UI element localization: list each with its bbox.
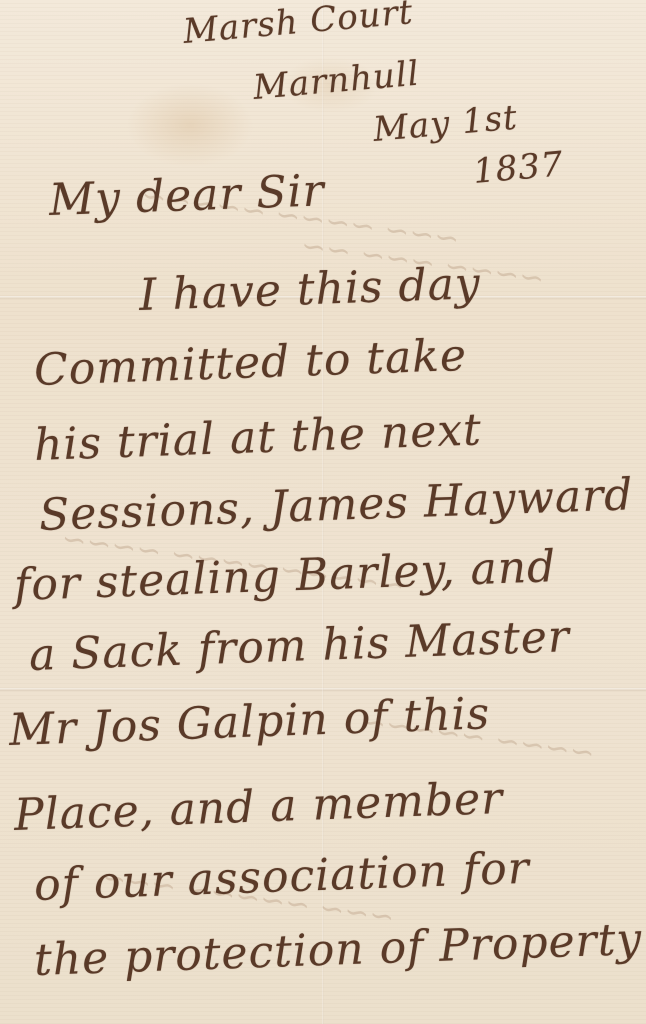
date-line: May 1st — [372, 98, 520, 150]
body-line: of our association for — [33, 843, 530, 911]
body-line: his trial at the next — [33, 404, 482, 471]
body-line: a Sack from his Master — [28, 611, 570, 681]
letter-page: ~~~ ~~~~ ~~~~~ ~~~~ ~~~ ~~ ~~~~~ ~~~~ ~~… — [0, 0, 646, 1024]
body-line: I have this day — [138, 258, 481, 321]
address-line-2: Marnhull — [252, 54, 422, 108]
address-line-1: Marsh Court — [182, 0, 415, 52]
body-line: Sessions, James Hayward — [38, 469, 634, 541]
body-line: the protection of Property — [33, 914, 643, 986]
salutation: My dear Sir — [48, 165, 325, 226]
body-line: Committed to take — [33, 330, 468, 396]
year-line: 1837 — [472, 144, 566, 192]
body-line: Place, and a member — [13, 773, 504, 841]
